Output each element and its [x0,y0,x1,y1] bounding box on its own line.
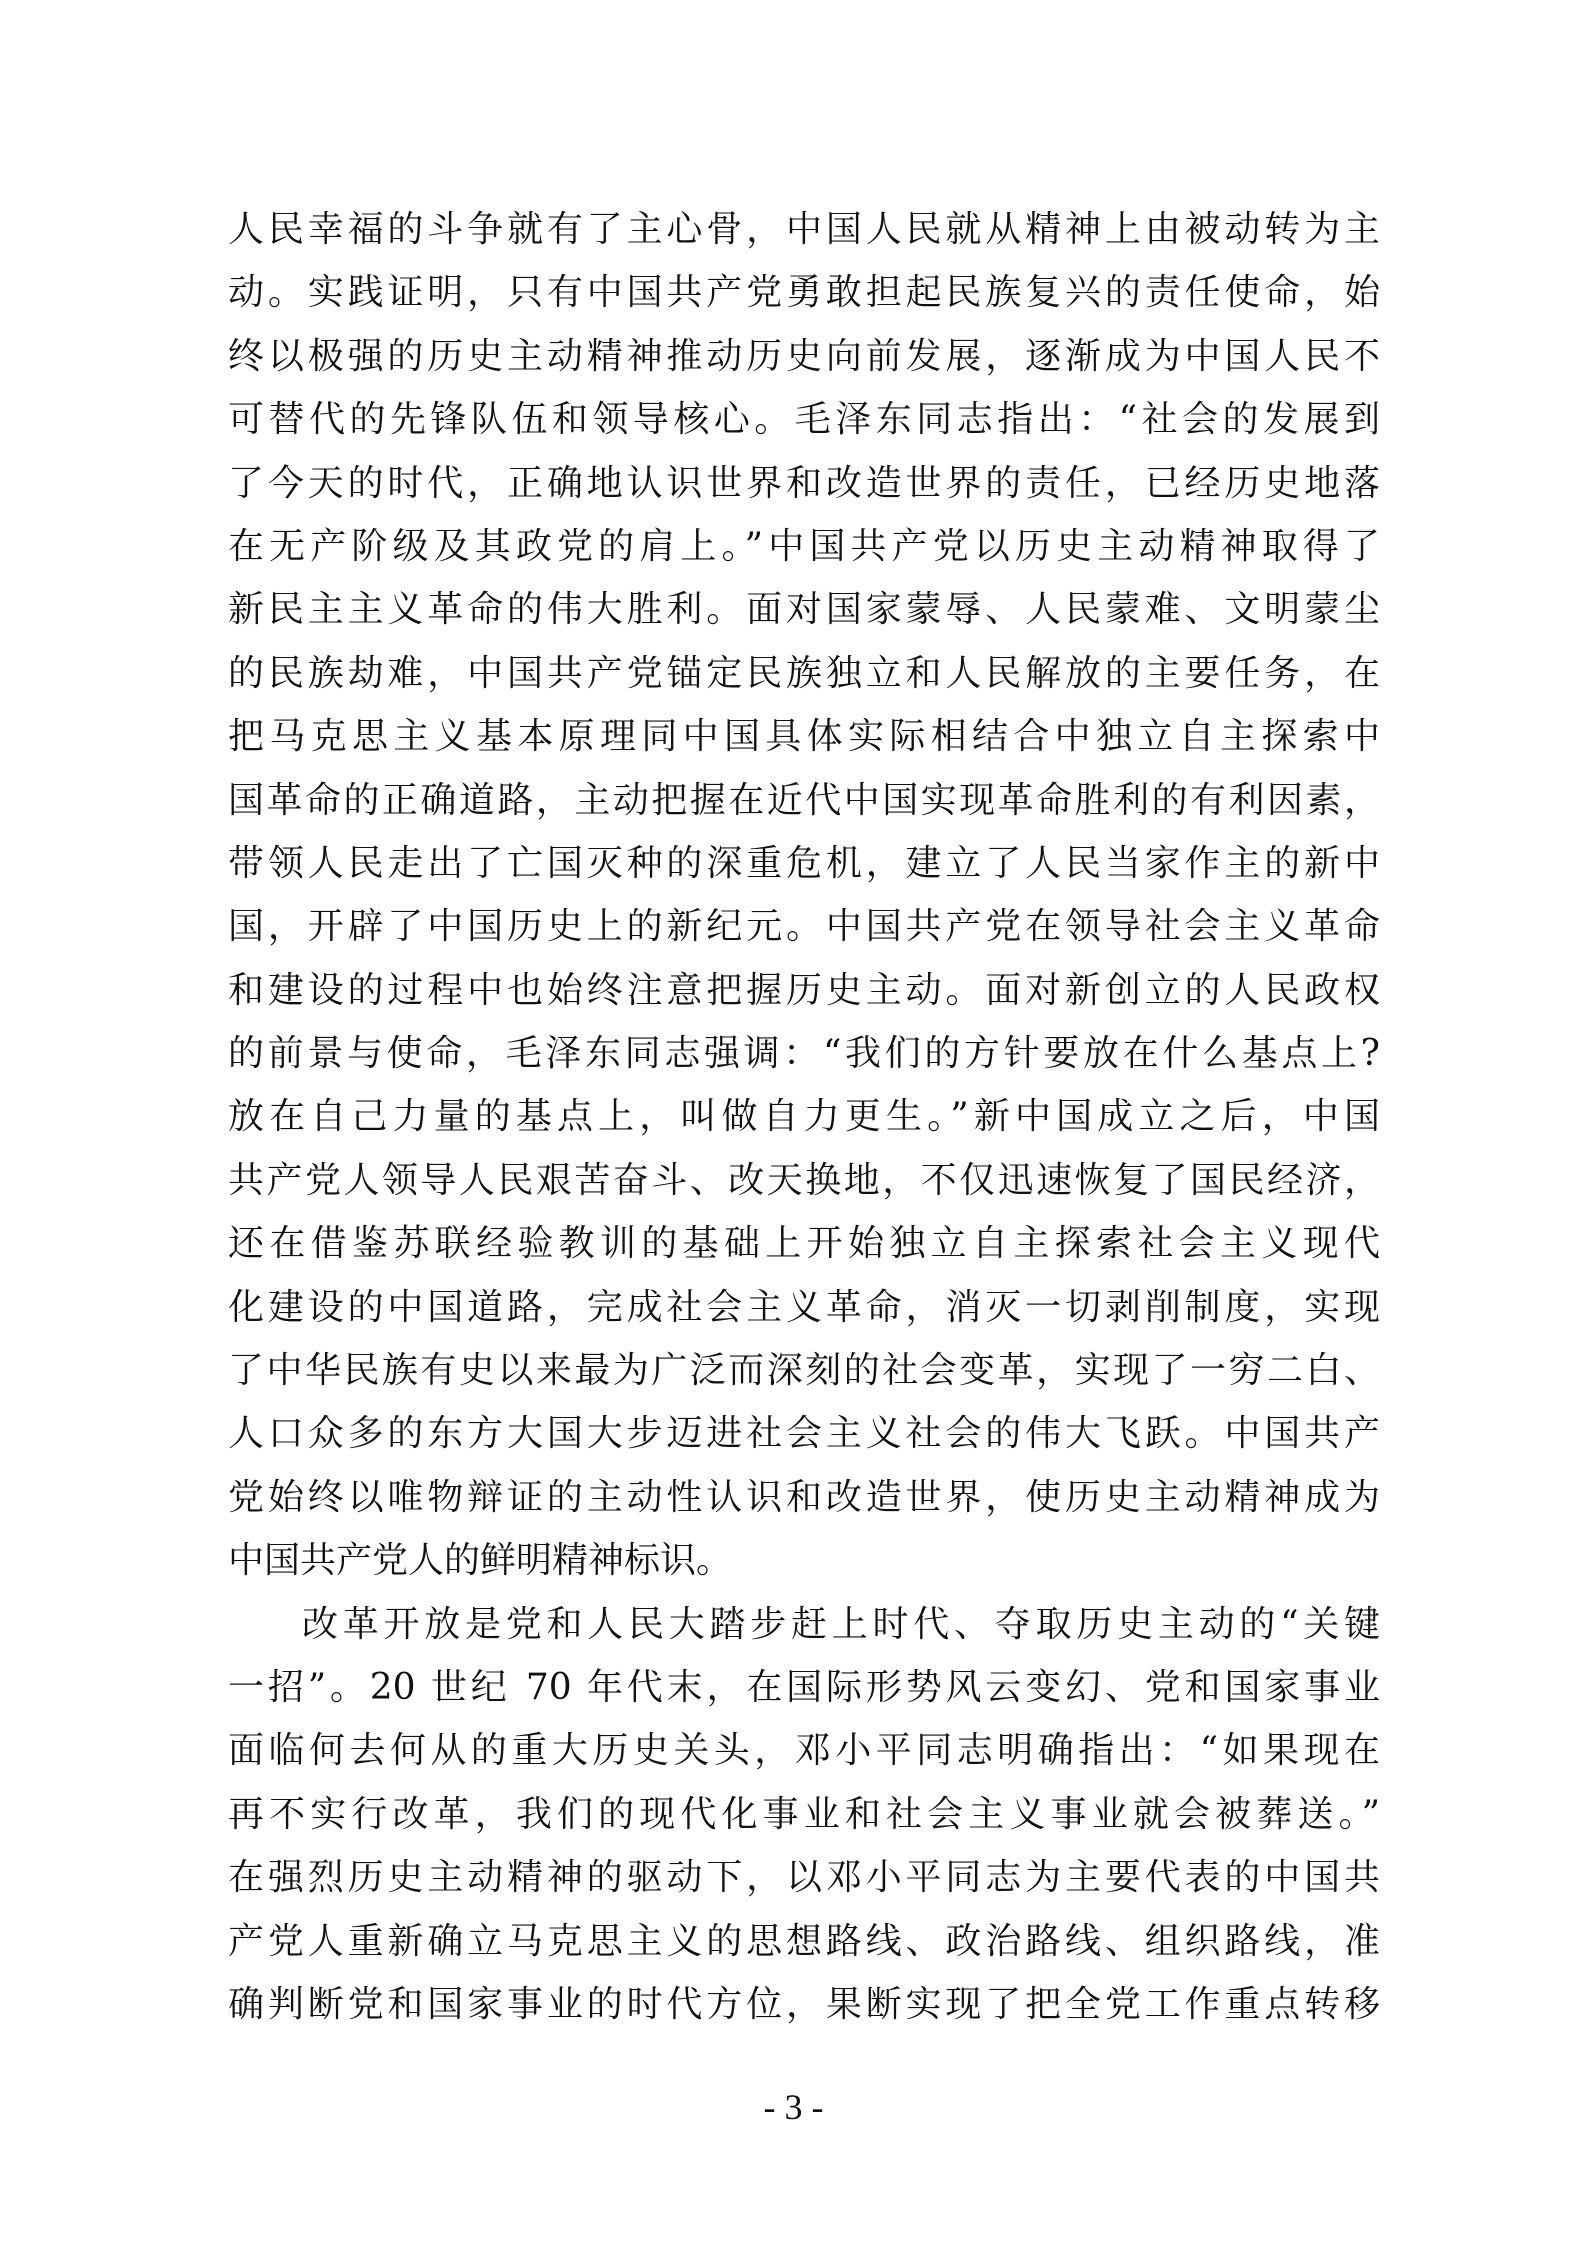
text-line: 的民族劫难，中国共产党锚定民族独立和人民解放的主要任务，在 [228,642,1380,705]
text-line: 国，开辟了中国历史上的新纪元。中国共产党在领导社会主义革命 [228,895,1380,958]
document-page: 人民幸福的斗争就有了主心骨，中国人民就从精神上由被动转为主 动。实践证明，只有中… [0,0,1587,2245]
text-line: 把马克思主义基本原理同中国具体实际相结合中独立自主探索中 [228,705,1380,768]
text-line: 面临何去何从的重大历史关头，邓小平同志明确指出：“如果现在 [228,1719,1380,1782]
text-line: 的前景与使命，毛泽东同志强调：“我们的方针要放在什么基点上? [228,1022,1380,1085]
text-line: 再不实行改革，我们的现代化事业和社会主义事业就会被葬送。” [228,1783,1380,1846]
text-line: 改革开放是党和人民大踏步赶上时代、夺取历史主动的“关键 [228,1593,1380,1656]
text-line: 在无产阶级及其政党的肩上。”中国共产党以历史主动精神取得了 [228,515,1380,578]
text-line: 放在自己力量的基点上，叫做自力更生。”新中国成立之后，中国 [228,1085,1380,1148]
text-line: 党始终以唯物辩证的主动性认识和改造世界，使历史主动精神成为 [228,1466,1380,1529]
text-line: 国革命的正确道路，主动把握在近代中国实现革命胜利的有利因素， [228,769,1380,832]
text-line: 和建设的过程中也始终注意把握历史主动。面对新创立的人民政权 [228,959,1380,1022]
text-line: 还在借鉴苏联经验教训的基础上开始独立自主探索社会主义现代 [228,1212,1380,1275]
text-line: 可替代的先锋队伍和领导核心。毛泽东同志指出：“社会的发展到 [228,388,1380,451]
text-line: 化建设的中国道路，完成社会主义革命，消灭一切剥削制度，实现 [228,1276,1380,1339]
page-number: - 3 - [0,2086,1587,2128]
text-line: 新民主主义革命的伟大胜利。面对国家蒙辱、人民蒙难、文明蒙尘 [228,578,1380,641]
text-line: 一招”。20 世纪 70 年代末，在国际形势风云变幻、党和国家事业 [228,1656,1380,1719]
text-line: 了中华民族有史以来最为广泛而深刻的社会变革，实现了一穷二白、 [228,1339,1380,1402]
text-line: 带领人民走出了亡国灭种的深重危机，建立了人民当家作主的新中 [228,832,1380,895]
text-line: 动。实践证明，只有中国共产党勇敢担起民族复兴的责任使命，始 [228,261,1380,324]
paragraph-2: 改革开放是党和人民大踏步赶上时代、夺取历史主动的“关键 一招”。20 世纪 70… [228,1593,1380,2037]
text-line: 确判断党和国家事业的时代方位，果断实现了把全党工作重点转移 [228,1973,1380,2036]
text-line: 在强烈历史主动精神的驱动下，以邓小平同志为主要代表的中国共 [228,1846,1380,1909]
paragraph-1: 人民幸福的斗争就有了主心骨，中国人民就从精神上由被动转为主 动。实践证明，只有中… [228,198,1380,1593]
text-line: 人民幸福的斗争就有了主心骨，中国人民就从精神上由被动转为主 [228,198,1380,261]
text-line: 终以极强的历史主动精神推动历史向前发展，逐渐成为中国人民不 [228,325,1380,388]
text-line: 人口众多的东方大国大步迈进社会主义社会的伟大飞跃。中国共产 [228,1402,1380,1465]
text-line: 共产党人领导人民艰苦奋斗、改天换地，不仅迅速恢复了国民经济， [228,1149,1380,1212]
body-text: 人民幸福的斗争就有了主心骨，中国人民就从精神上由被动转为主 动。实践证明，只有中… [228,198,1380,2036]
text-line: 中国共产党人的鲜明精神标识。 [228,1529,1380,1592]
text-line: 产党人重新确立马克思主义的思想路线、政治路线、组织路线，准 [228,1910,1380,1973]
text-line: 了今天的时代，正确地认识世界和改造世界的责任，已经历史地落 [228,452,1380,515]
